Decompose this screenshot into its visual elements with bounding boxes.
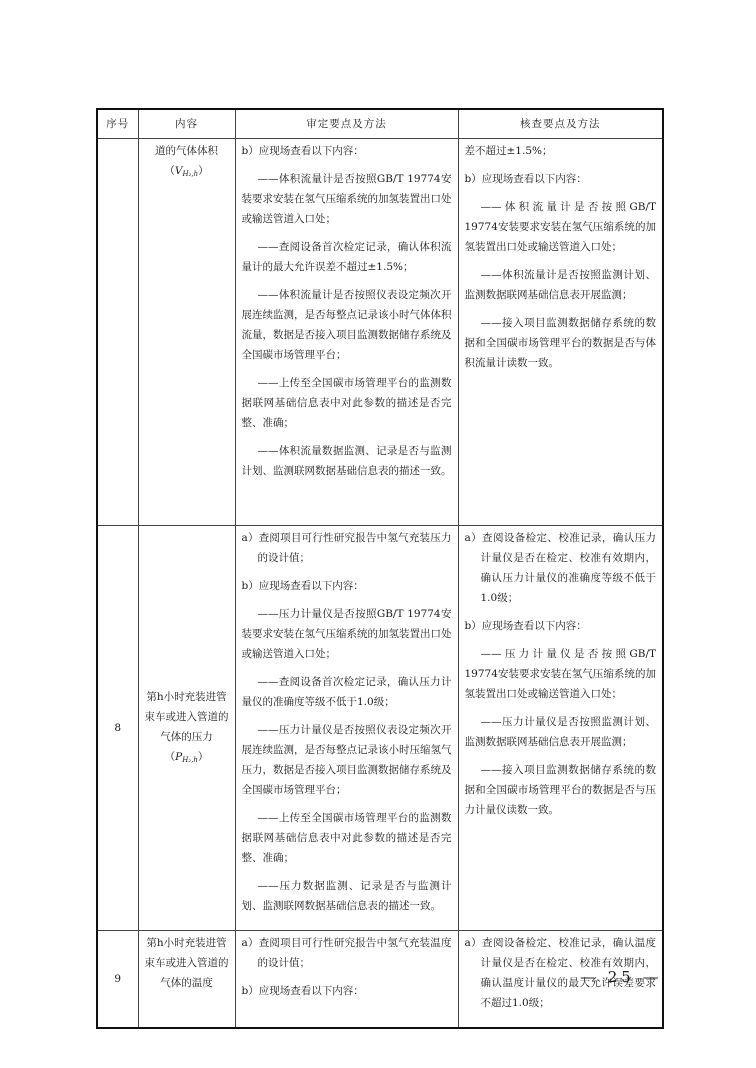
method-item: ——接入项目监测数据储存系统的数据和全国碳市场管理平台的数据是否与体积流量计读数… [465,313,657,373]
method-item: b）应现场查看以下内容： [242,981,452,1001]
content-symbol: （PH₂,h） [143,747,231,770]
verify-method-cell: a）查阅设备检定、校准记录，确认压力计量仪是否在检定、校准有效期内，确认压力计量… [458,526,663,931]
row-content: 第h小时充装进管束车或进入管道的气体的压力（PH₂,h） [138,526,235,931]
table-row: 9第h小时充装进管束车或进入管道的气体的温度a）查阅项目可行性研究报告中氢气充装… [97,931,663,1029]
verify-method-cell: 差不超过±1.5%；b）应现场查看以下内容：——体积流量计是否按照GB/T 19… [458,139,663,526]
header-serial: 序号 [97,109,138,139]
method-item: ——上传至全国碳市场管理平台的监测数据联网基础信息表中对此参数的描述是否完整、准… [242,808,452,868]
header-content: 内容 [138,109,235,139]
table-header-row: 序号 内容 审定要点及方法 核查要点及方法 [97,109,663,139]
review-table: 序号 内容 审定要点及方法 核查要点及方法 道的气体体积（VH₂,h）b）应现场… [96,108,664,1029]
review-method-cell: a）查阅项目可行性研究报告中氢气充装压力的设计值；b）应现场查看以下内容：——压… [235,526,458,931]
method-item: ——体积流量计是否按照仪表设定频次开展连续监测，是否每整点记录该小时气体体积流量… [242,285,452,365]
method-item: a）查阅设备检定、校准记录，确认压力计量仪是否在检定、校准有效期内，确认压力计量… [465,528,657,608]
symbol-subscript: H₂,h [182,170,198,178]
content-symbol: （VH₂,h） [143,161,231,184]
method-item: ——上传至全国碳市场管理平台的监测数据联网基础信息表中对此参数的描述是否完整、准… [242,373,452,433]
method-item: b）应现场查看以下内容： [465,169,657,189]
row-serial-number: 8 [97,526,138,931]
method-item: a）查阅项目可行性研究报告中氢气充装温度的设计值； [242,933,452,973]
method-item: b）应现场查看以下内容： [242,141,452,161]
paren-close: ） [198,165,209,177]
paren-close: ） [198,751,209,763]
row-serial-number [97,139,138,526]
paren-open: （ [165,751,176,763]
method-item: ——压力数据监测、记录是否与监测计划、监测联网数据基础信息表的描述一致。 [242,876,452,916]
page-number: — 25 — [580,968,663,986]
method-item: ——体积流量计是否按照GB/T 19774安装要求安装在氢气压缩系统的加氢装置出… [242,169,452,229]
review-method-cell: a）查阅项目可行性研究报告中氢气充装温度的设计值；b）应现场查看以下内容： [235,931,458,1029]
header-verify-method: 核查要点及方法 [458,109,663,139]
document-page: 序号 内容 审定要点及方法 核查要点及方法 道的气体体积（VH₂,h）b）应现场… [0,0,756,1068]
paren-open: （ [164,165,175,177]
header-review-method: 审定要点及方法 [235,109,458,139]
method-item: a）查阅项目可行性研究报告中氢气充装压力的设计值； [242,528,452,568]
symbol-subscript: H₂,h [182,756,198,764]
method-item: ——压力计量仪是否按照监测计划、监测数据联网基础信息表开展监测； [465,712,657,752]
method-item: ——查阅设备首次检定记录，确认压力计量仪的准确度等级不低于1.0级； [242,672,452,712]
table-row: 8第h小时充装进管束车或进入管道的气体的压力（PH₂,h）a）查阅项目可行性研究… [97,526,663,931]
table-row: 道的气体体积（VH₂,h）b）应现场查看以下内容：——体积流量计是否按照GB/T… [97,139,663,526]
method-item: ——压力计量仪是否按照仪表设定频次开展连续监测，是否每整点记录该小时压缩氢气压力… [242,720,452,800]
content-text: 道的气体体积 [143,141,231,161]
method-item: b）应现场查看以下内容： [465,616,657,636]
row-serial-number: 9 [97,931,138,1029]
content-text: 第h小时充装进管束车或进入管道的气体的温度 [143,933,231,993]
row-content: 道的气体体积（VH₂,h） [138,139,235,526]
row-content: 第h小时充装进管束车或进入管道的气体的温度 [138,931,235,1029]
method-item: ——压力计量仪是否按照GB/T 19774安装要求安装在氢气压缩系统的加氢装置出… [465,644,657,704]
method-item: 差不超过±1.5%； [465,141,657,161]
method-item: ——体积流量计是否按照GB/T 19774安装要求安装在氢气压缩系统的加氢装置出… [465,197,657,257]
method-item: ——接入项目监测数据储存系统的数据和全国碳市场管理平台的数据是否与压力计量仪读数… [465,760,657,820]
content-text: 第h小时充装进管束车或进入管道的气体的压力 [143,687,231,747]
review-method-cell: b）应现场查看以下内容：——体积流量计是否按照GB/T 19774安装要求安装在… [235,139,458,526]
method-item: ——查阅设备首次检定记录，确认体积流量计的最大允许误差不超过±1.5%； [242,237,452,277]
method-item: ——体积流量数据监测、记录是否与监测计划、监测联网数据基础信息表的描述一致。 [242,441,452,481]
method-item: b）应现场查看以下内容： [242,576,452,596]
method-item: ——体积流量计是否按照监测计划、监测数据联网基础信息表开展监测； [465,265,657,305]
method-item: ——压力计量仪是否按照GB/T 19774安装要求安装在氢气压缩系统的加氢装置出… [242,604,452,664]
